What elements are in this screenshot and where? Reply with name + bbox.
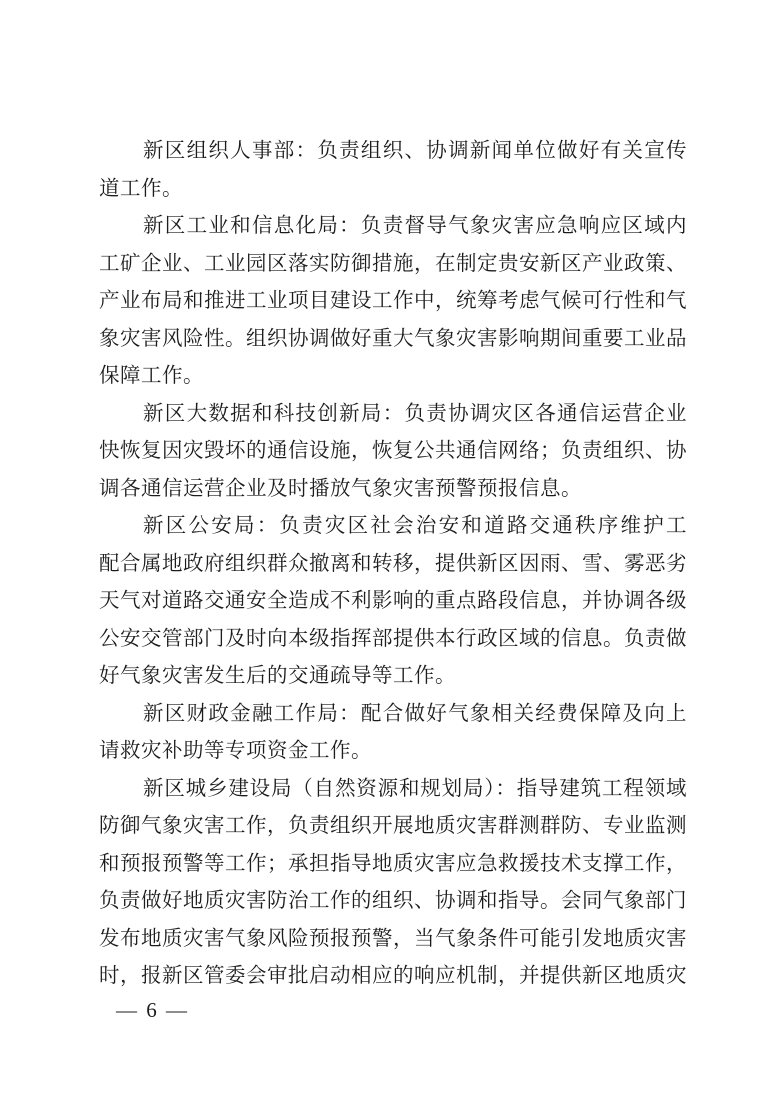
text-line: 新区公安局：负责灾区社会治安和道路交通秩序维护工作， [99, 508, 687, 546]
text-line: 配合属地政府组织群众撤离和转移，提供新区因雨、雪、雾恶劣 [99, 546, 687, 584]
text-line: 发布地质灾害气象风险预报预警，当气象条件可能引发地质灾害 [99, 921, 687, 959]
text-line: 快恢复因灾毁坏的通信设施，恢复公共通信网络；负责组织、协 [99, 433, 687, 471]
text-line: 新区工业和信息化局：负责督导气象灾害应急响应区域内的 [99, 208, 687, 246]
text-line: 道工作。 [99, 171, 687, 209]
text-line: 调各通信运营企业及时播放气象灾害预警预报信息。 [99, 471, 687, 509]
text-line: 负责做好地质灾害防治工作的组织、协调和指导。会同气象部门 [99, 883, 687, 921]
text-line: 工矿企业、工业园区落实防御措施，在制定贵安新区产业政策、 [99, 246, 687, 284]
text-line: 新区城乡建设局（自然资源和规划局）：指导建筑工程领域 [99, 771, 687, 809]
paragraph: 新区工业和信息化局：负责督导气象灾害应急响应区域内的工矿企业、工业园区落实防御措… [99, 208, 687, 396]
paragraph: 新区财政金融工作局：配合做好气象相关经费保障及向上申请救灾补助等专项资金工作。 [99, 696, 687, 771]
text-line: 时，报新区管委会审批启动相应的响应机制，并提供新区地质灾 [99, 958, 687, 996]
paragraph: 新区城乡建设局（自然资源和规划局）：指导建筑工程领域防御气象灾害工作，负责组织开… [99, 771, 687, 996]
text-line: 保障工作。 [99, 358, 687, 396]
text-line: 产业布局和推进工业项目建设工作中，统筹考虑气候可行性和气 [99, 283, 687, 321]
paragraph: 新区公安局：负责灾区社会治安和道路交通秩序维护工作，配合属地政府组织群众撤离和转… [99, 508, 687, 696]
text-line: 好气象灾害发生后的交通疏导等工作。 [99, 658, 687, 696]
page-number: — 6 — [116, 998, 189, 1022]
text-line: 防御气象灾害工作，负责组织开展地质灾害群测群防、专业监测 [99, 808, 687, 846]
document-page: 新区组织人事部：负责组织、协调新闻单位做好有关宣传报道工作。新区工业和信息化局：… [0, 0, 782, 1108]
text-line: 象灾害风险性。组织协调做好重大气象灾害影响期间重要工业品 [99, 321, 687, 359]
text-line: 新区组织人事部：负责组织、协调新闻单位做好有关宣传报 [99, 133, 687, 171]
text-line: 天气对道路交通安全造成不利影响的重点路段信息，并协调各级 [99, 583, 687, 621]
text-line: 新区大数据和科技创新局：负责协调灾区各通信运营企业尽 [99, 396, 687, 434]
text-line: 请救灾补助等专项资金工作。 [99, 733, 687, 771]
text-line: 新区财政金融工作局：配合做好气象相关经费保障及向上申 [99, 696, 687, 734]
page-footer: — 6 — [116, 997, 189, 1023]
body-text: 新区组织人事部：负责组织、协调新闻单位做好有关宣传报道工作。新区工业和信息化局：… [99, 133, 687, 996]
text-line: 和预报预警等工作；承担指导地质灾害应急救援技术支撑工作， [99, 846, 687, 884]
text-line: 公安交管部门及时向本级指挥部提供本行政区域的信息。负责做 [99, 621, 687, 659]
paragraph: 新区大数据和科技创新局：负责协调灾区各通信运营企业尽快恢复因灾毁坏的通信设施，恢… [99, 396, 687, 509]
paragraph: 新区组织人事部：负责组织、协调新闻单位做好有关宣传报道工作。 [99, 133, 687, 208]
